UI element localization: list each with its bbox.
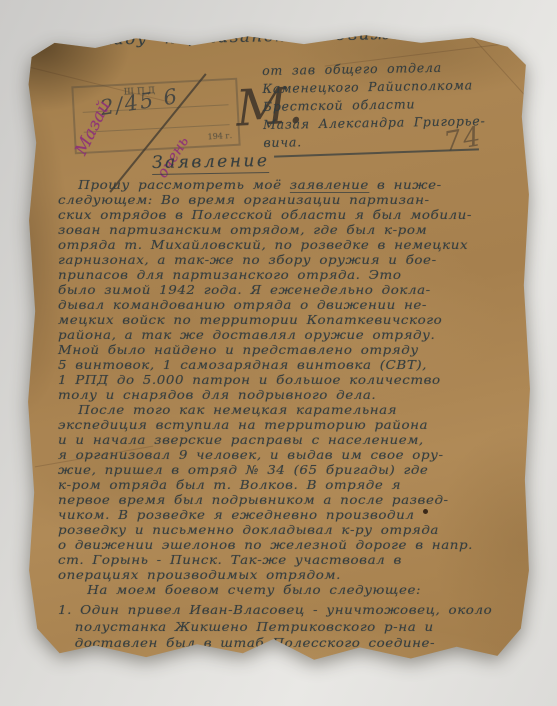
opening-underlined-word: заявление (290, 178, 369, 193)
opening-post: в ниже- (369, 178, 442, 192)
tally-item-1: 1. Один привел Иван-Власовец - уничтожов… (58, 602, 533, 668)
body-line: ст. Горынь - Пинск. Так-же участвовал в (58, 553, 533, 568)
body-line: 1 РПД до 5.000 патрон и большое количест… (58, 373, 533, 388)
document-title: Заявление (152, 151, 270, 175)
body-line: о движении эшелонов по железной дороге в… (58, 538, 533, 553)
body-line: припасов для партизанского отряда. Это (58, 268, 533, 283)
opening-pre: Прошу рассмотреть моё (78, 178, 290, 192)
body-line: гарнизонах, а так-же по збору оружия и б… (58, 253, 533, 268)
recipient-line: Штабу партизанского движения БССР (76, 22, 527, 49)
stamp-year-text: 194 г. (207, 131, 232, 141)
tally-heading-line: На моем боевом счету было следующее: (58, 583, 533, 598)
scanned-document-view: ШПД 194 г. 2/45 6 М. 74 Мазай очень Штаб… (0, 0, 557, 706)
body-line: было зимой 1942 года. Я еженедельно докл… (58, 283, 533, 298)
body-line: 5 винтовок, 1 самозарядная винтовка (СВТ… (58, 358, 533, 373)
body-line: Прошу рассмотреть моё заявление в ниже- (58, 178, 533, 193)
item-line: ния. (58, 652, 533, 669)
body-line: жие, пришел в отряд № 34 (65 бригады) гд… (58, 463, 533, 478)
ink-blot (423, 509, 428, 514)
item-line: 1. Один привел Иван-Власовец - уничтожов… (58, 602, 533, 619)
body-line: После того как немецкая карательная (58, 403, 533, 418)
body-line: района, а так же доставлял оружие отряду… (58, 328, 533, 343)
document-body: Прошу рассмотреть моё заявление в ниже- … (58, 178, 533, 668)
body-line: мецких войск по территории Копаткевичско… (58, 313, 533, 328)
body-line: операциях производимых отрядом. (58, 568, 533, 583)
body-line: отряда т. Михайловский, по розведке в не… (58, 238, 533, 253)
body-line: первое время был подрывником а после раз… (58, 493, 533, 508)
sender-block: от зав общего отдела Каменецкого Райиспо… (262, 57, 524, 152)
item-line: полустанка Жикшено Петриковского р-на и (58, 619, 533, 636)
body-line: зован партизанским отрядом, где был к-ро… (58, 223, 533, 238)
body-line: дывал командованию отряда о движении не- (58, 298, 533, 313)
body-line: следующем: Во время организации партизан… (58, 193, 533, 208)
body-line: розведку и письменно докладывал к-ру отр… (58, 523, 533, 538)
body-line: чиком. В розведке я ежедневно производил (58, 508, 533, 523)
item-line: доставлен был в штаб Полесского соедине- (58, 635, 533, 652)
paper-shadow-wrap: ШПД 194 г. 2/45 6 М. 74 Мазай очень Штаб… (24, 26, 533, 674)
body-line: толу и снарядов для подрывного дела. (58, 388, 533, 403)
body-line: ских отрядов в Полесской области я был м… (58, 208, 533, 223)
body-line: экспедиция вступила на территорию района (58, 418, 533, 433)
body-line: я организовал 9 человек, и выдав им свое… (58, 448, 533, 463)
body-line: и и начала зверские расправы с население… (58, 433, 533, 448)
body-line: Мной было найдено и представлено отряду (58, 343, 533, 358)
document-paper: ШПД 194 г. 2/45 6 М. 74 Мазай очень Штаб… (24, 26, 533, 674)
body-line: к-ром отряда был т. Волков. В отряде я (58, 478, 533, 493)
